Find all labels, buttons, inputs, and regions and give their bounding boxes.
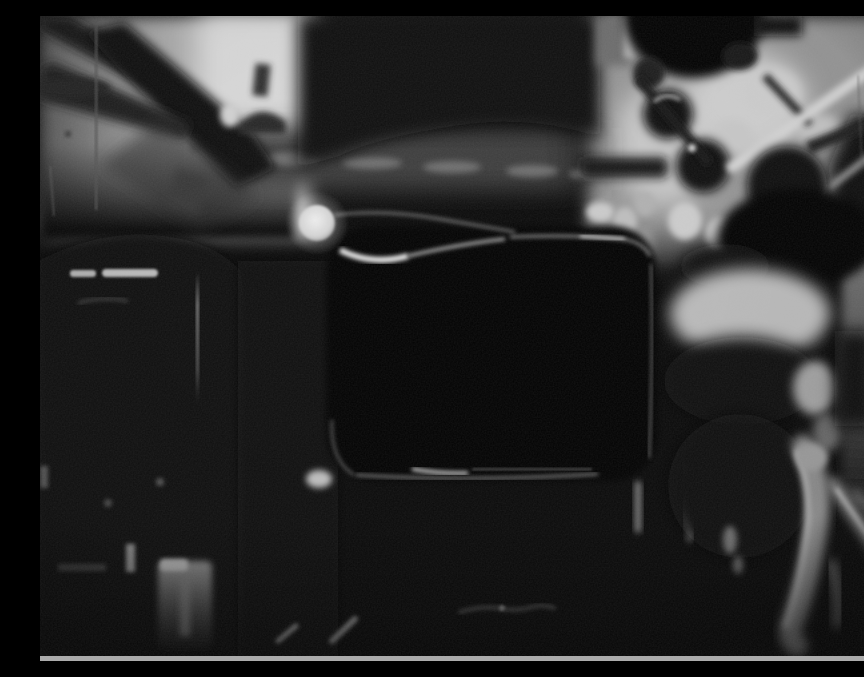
film-still-image	[40, 16, 864, 661]
film-still	[40, 16, 864, 661]
film-edge-strip	[40, 656, 864, 661]
film-grain-overlay	[40, 16, 864, 661]
